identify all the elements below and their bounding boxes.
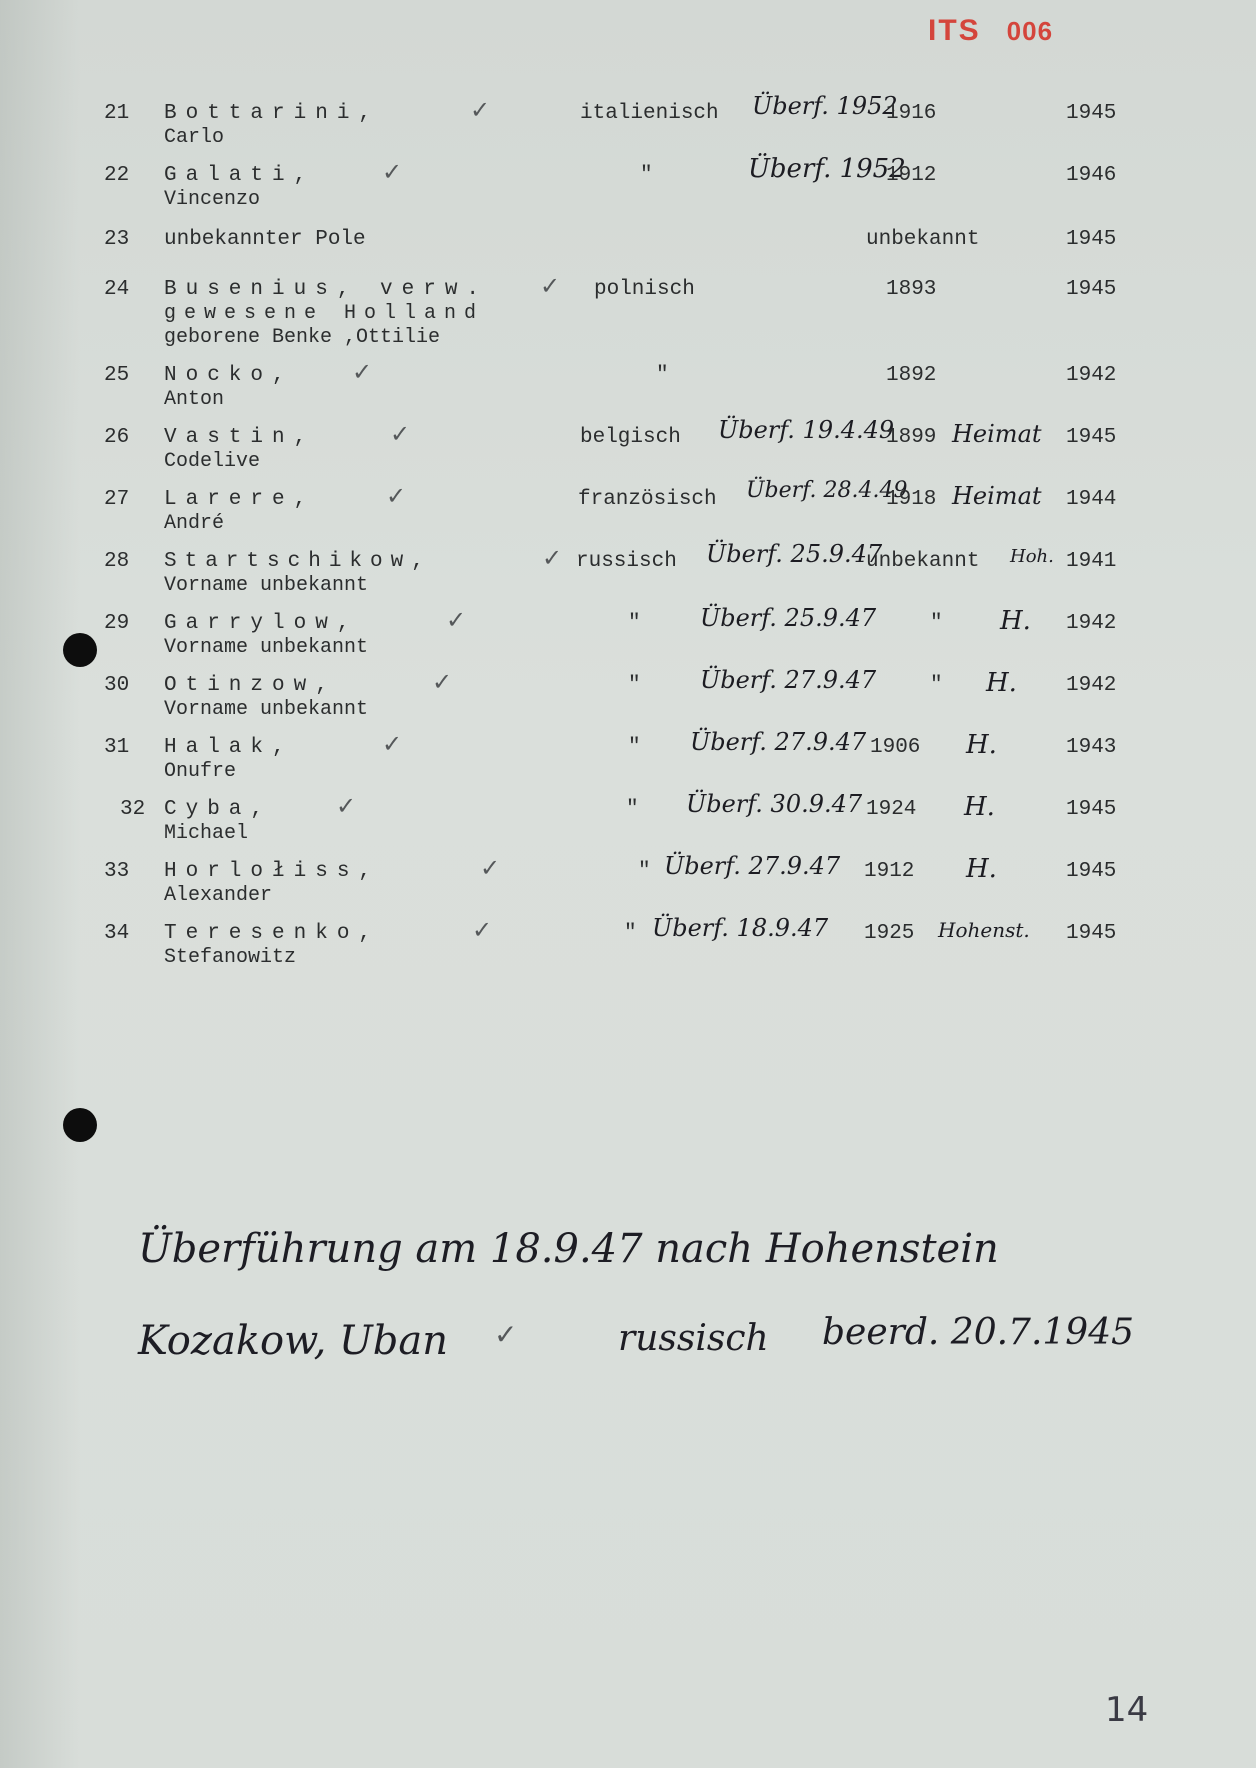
entry-nationality: " bbox=[624, 922, 637, 945]
entry-surname: Vastin, bbox=[164, 426, 315, 449]
entry-surname: unbekannter Pole bbox=[164, 228, 366, 251]
entry-number: 30 bbox=[104, 674, 129, 697]
entry-surname: Halak, bbox=[164, 736, 294, 759]
entry-death-year: 1943 bbox=[1066, 736, 1116, 759]
entry-birth-year: 1893 bbox=[886, 278, 936, 301]
entry-birth-year: unbekannt bbox=[866, 228, 979, 251]
punch-hole-icon bbox=[63, 1108, 97, 1142]
handwritten-nationality: russisch bbox=[618, 1318, 769, 1359]
entry-row: 26 Vastin, ✓ Codelive belgisch Überf. 19… bbox=[0, 426, 1256, 482]
document-page: ITS006 21 Bottarini, ✓ Carlo italienisch… bbox=[0, 0, 1256, 1768]
stamp-code: 006 bbox=[1007, 16, 1053, 46]
checkmark-icon: ✓ bbox=[542, 544, 562, 572]
entry-birth-year: unbekannt bbox=[866, 550, 979, 573]
entry-given-name: Alexander bbox=[164, 884, 272, 907]
entry-row: 21 Bottarini, ✓ Carlo italienisch Überf.… bbox=[0, 102, 1256, 158]
entry-birth-name: geborene Benke ,Ottilie bbox=[164, 326, 440, 349]
entry-surname: Horlołiss, bbox=[164, 860, 380, 883]
entry-birth-year: 1912 bbox=[864, 860, 914, 883]
handwritten-transfer-note: Überführung am 18.9.47 nach Hohenstein bbox=[138, 1226, 999, 1272]
entry-transfer-note: Überf. 1952 bbox=[748, 154, 906, 184]
entry-number: 27 bbox=[104, 488, 129, 511]
entry-row: 28 Startschikow, ✓ Vorname unbekannt rus… bbox=[0, 550, 1256, 606]
entry-death-year: 1945 bbox=[1066, 860, 1116, 883]
entry-birth-year: 1912 bbox=[886, 164, 936, 187]
entry-surname: Bottarini, bbox=[164, 102, 380, 125]
entry-nationality: " bbox=[626, 798, 639, 821]
entry-given-name: Anton bbox=[164, 388, 224, 411]
checkmark-icon: ✓ bbox=[336, 792, 356, 820]
entry-nationality: " bbox=[628, 736, 641, 759]
stamp-label: ITS bbox=[928, 14, 981, 47]
entry-row: 31 Halak, ✓ Onufre " Überf. 27.9.47 1906… bbox=[0, 736, 1256, 792]
entry-nationality: russisch bbox=[576, 550, 677, 573]
entry-surname: Garrylow, bbox=[164, 612, 358, 635]
entry-surname: Busenius, verw. bbox=[164, 278, 488, 301]
entry-nationality: französisch bbox=[578, 488, 717, 511]
entry-nationality: " bbox=[656, 364, 669, 387]
entry-surname: Galati, bbox=[164, 164, 315, 187]
checkmark-icon: ✓ bbox=[382, 158, 402, 186]
checkmark-icon: ✓ bbox=[472, 916, 492, 944]
entry-birth-year: 1906 bbox=[870, 736, 920, 759]
entry-transfer-note: Überf. 19.4.49 bbox=[718, 416, 894, 444]
entry-given-name: Vorname unbekannt bbox=[164, 698, 368, 721]
entry-row: 33 Horlołiss, ✓ Alexander " Überf. 27.9.… bbox=[0, 860, 1256, 916]
entry-surname: Cyba, bbox=[164, 798, 272, 821]
entry-death-year: 1944 bbox=[1066, 488, 1116, 511]
entry-birth-year: 1899 bbox=[886, 426, 936, 449]
entry-row: 22 Galati, ✓ Vincenzo " Überf. 1952 1912… bbox=[0, 164, 1256, 220]
handwritten-burial-date: beerd. 20.7.1945 bbox=[822, 1312, 1134, 1353]
entry-death-year: 1946 bbox=[1066, 164, 1116, 187]
entry-surname: Startschikow, bbox=[164, 550, 432, 573]
page-number: 14 bbox=[1105, 1690, 1148, 1730]
entry-number: 24 bbox=[104, 278, 129, 301]
entry-birth-year: " bbox=[930, 612, 943, 635]
entry-nationality: " bbox=[640, 164, 653, 187]
entry-transfer-note: Überf. 25.9.47 bbox=[706, 540, 882, 568]
checkmark-icon: ✓ bbox=[352, 358, 372, 386]
entry-birth-year: 1925 bbox=[864, 922, 914, 945]
entry-place-note: H. bbox=[964, 792, 995, 822]
entry-number: 25 bbox=[104, 364, 129, 387]
entry-number: 23 bbox=[104, 228, 129, 251]
entry-death-year: 1942 bbox=[1066, 674, 1116, 697]
entry-nationality: " bbox=[628, 612, 641, 635]
entry-death-year: 1945 bbox=[1066, 426, 1116, 449]
entry-number: 29 bbox=[104, 612, 129, 635]
entry-transfer-note: Überf. 27.9.47 bbox=[700, 666, 876, 694]
entry-birth-year: 1892 bbox=[886, 364, 936, 387]
entry-death-year: 1941 bbox=[1066, 550, 1116, 573]
entry-place-note: H. bbox=[966, 730, 997, 760]
entry-number: 31 bbox=[104, 736, 129, 759]
entry-transfer-note: Überf. 28.4.49 bbox=[746, 478, 907, 503]
entry-surname: Larere, bbox=[164, 488, 315, 511]
entry-surname: Nocko, bbox=[164, 364, 294, 387]
entry-row: 30 Otinzow, ✓ Vorname unbekannt " Überf.… bbox=[0, 674, 1256, 730]
entry-nationality: " bbox=[628, 674, 641, 697]
entry-number: 21 bbox=[104, 102, 129, 125]
entry-given-name: Stefanowitz bbox=[164, 946, 296, 969]
checkmark-icon: ✓ bbox=[494, 1318, 517, 1351]
entry-number: 22 bbox=[104, 164, 129, 187]
checkmark-icon: ✓ bbox=[540, 272, 560, 300]
entry-birth-year: 1918 bbox=[886, 488, 936, 511]
entry-place-note: Heimat bbox=[952, 420, 1042, 448]
checkmark-icon: ✓ bbox=[446, 606, 466, 634]
entry-row: 24 Busenius, verw. ✓ gewesene Holland ge… bbox=[0, 278, 1256, 358]
entry-number: 33 bbox=[104, 860, 129, 883]
entry-number: 26 bbox=[104, 426, 129, 449]
checkmark-icon: ✓ bbox=[480, 854, 500, 882]
entry-given-name: Codelive bbox=[164, 450, 260, 473]
checkmark-icon: ✓ bbox=[386, 482, 406, 510]
entry-number: 28 bbox=[104, 550, 129, 573]
entry-nationality: belgisch bbox=[580, 426, 681, 449]
entry-death-year: 1945 bbox=[1066, 102, 1116, 125]
entry-row: 25 Nocko, ✓ Anton " 1892 1942 bbox=[0, 364, 1256, 420]
entry-given-name: Carlo bbox=[164, 126, 224, 149]
entry-birth-year: " bbox=[930, 674, 943, 697]
entry-place-note: H. bbox=[1000, 606, 1031, 636]
checkmark-icon: ✓ bbox=[382, 730, 402, 758]
entry-surname: Teresenko, bbox=[164, 922, 380, 945]
entry-number: 34 bbox=[104, 922, 129, 945]
entry-death-year: 1945 bbox=[1066, 798, 1116, 821]
entry-given-name: Vorname unbekannt bbox=[164, 636, 368, 659]
entry-given-name: Onufre bbox=[164, 760, 236, 783]
entry-row: 32 Cyba, ✓ Michael " Überf. 30.9.47 1924… bbox=[0, 798, 1256, 854]
entry-place-note: H. bbox=[966, 854, 997, 884]
entry-death-year: 1942 bbox=[1066, 612, 1116, 635]
entry-death-year: 1945 bbox=[1066, 922, 1116, 945]
entry-place-note: Hoh. bbox=[1010, 546, 1054, 567]
entry-transfer-note: Überf. 30.9.47 bbox=[686, 790, 862, 818]
its-stamp: ITS006 bbox=[928, 14, 1053, 48]
entry-nationality: italienisch bbox=[580, 102, 719, 125]
entry-row: 23 unbekannter Pole unbekannt 1945 bbox=[0, 228, 1256, 284]
entry-transfer-note: Überf. 25.9.47 bbox=[700, 604, 876, 632]
entry-row: 27 Larere, ✓ André französisch Überf. 28… bbox=[0, 488, 1256, 544]
checkmark-icon: ✓ bbox=[432, 668, 452, 696]
entry-birth-year: 1924 bbox=[866, 798, 916, 821]
entry-place-note: Hohenst. bbox=[938, 918, 1030, 942]
checkmark-icon: ✓ bbox=[390, 420, 410, 448]
entry-place-note: Heimat bbox=[952, 482, 1042, 510]
entry-given-name: gewesene Holland bbox=[164, 302, 484, 325]
entry-death-year: 1945 bbox=[1066, 278, 1116, 301]
handwritten-name: Kozakow, Uban bbox=[138, 1318, 448, 1364]
entry-transfer-note: Überf. 1952 bbox=[752, 92, 898, 120]
entry-given-name: Vincenzo bbox=[164, 188, 260, 211]
entry-given-name: André bbox=[164, 512, 224, 535]
entry-place-note: H. bbox=[986, 668, 1017, 698]
entry-number: 32 bbox=[120, 798, 145, 821]
entry-birth-year: 1916 bbox=[886, 102, 936, 125]
entry-given-name: Michael bbox=[164, 822, 248, 845]
entry-transfer-note: Überf. 27.9.47 bbox=[690, 728, 866, 756]
entry-nationality: " bbox=[638, 860, 651, 883]
entry-death-year: 1945 bbox=[1066, 228, 1116, 251]
entry-row: 29 Garrylow, ✓ Vorname unbekannt " Überf… bbox=[0, 612, 1256, 668]
entry-death-year: 1942 bbox=[1066, 364, 1116, 387]
entry-surname: Otinzow, bbox=[164, 674, 337, 697]
checkmark-icon: ✓ bbox=[470, 96, 490, 124]
entry-given-name: Vorname unbekannt bbox=[164, 574, 368, 597]
entry-nationality: polnisch bbox=[594, 278, 695, 301]
entry-transfer-note: Überf. 27.9.47 bbox=[664, 852, 840, 880]
entry-transfer-note: Überf. 18.9.47 bbox=[652, 914, 828, 942]
entry-row: 34 Teresenko, ✓ Stefanowitz " Überf. 18.… bbox=[0, 922, 1256, 978]
